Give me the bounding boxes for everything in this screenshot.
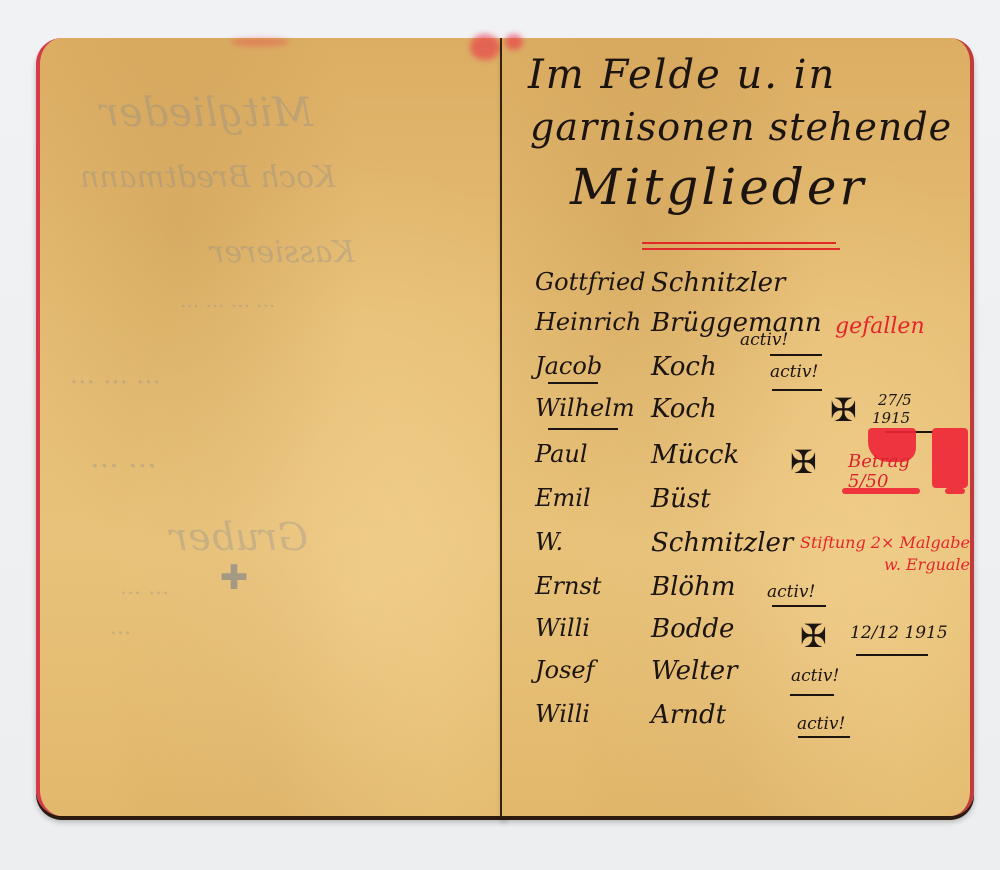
member-status-note: activ! [740, 330, 788, 350]
left-page [36, 38, 506, 816]
bleed-through-text: Gruber [170, 515, 308, 559]
underline [548, 428, 618, 430]
member-last-name: Bodde [651, 614, 734, 644]
member-last-name: Schmitzler [651, 528, 793, 558]
member-first-name: Jacob [535, 352, 602, 380]
underline [548, 382, 598, 384]
title-underline [642, 242, 836, 244]
bleed-through-text: ... ... ... [70, 360, 161, 390]
underline [772, 605, 826, 607]
member-first-name: Paul [535, 440, 588, 468]
member-last-name: Arndt [651, 700, 726, 730]
underline [798, 736, 850, 738]
member-status-note: activ! [791, 666, 839, 686]
iron-cross-icon: ✠ [790, 446, 817, 478]
member-first-name: Willi [535, 614, 590, 642]
bleed-through-text: Koch Bredtmann [80, 160, 336, 195]
underline [790, 694, 834, 696]
member-first-name: Wilhelm [535, 394, 635, 422]
member-last-name: Mücck [651, 440, 739, 470]
member-red-note: gefallen [835, 314, 925, 339]
bleed-through-text: Kassierer [210, 235, 355, 270]
member-first-name: W. [535, 528, 563, 556]
iron-cross-icon: ✠ [800, 620, 827, 652]
member-row: Emil Büst [535, 484, 965, 524]
red-stain [230, 38, 290, 46]
heading-title: Mitglieder [570, 158, 866, 216]
notebook-spread: Mitglieder Koch Bredtmann Kassierer ... … [0, 0, 1000, 870]
member-first-name: Josef [535, 656, 594, 684]
member-first-name: Ernst [535, 572, 601, 600]
underline [772, 389, 822, 391]
member-row: Gottfried Schnitzler [535, 268, 965, 308]
bleed-through-text: Mitglieder [100, 90, 313, 136]
title-underline [642, 248, 840, 250]
member-status-note: activ! [797, 714, 845, 734]
cross-icon: ✚ [216, 560, 252, 596]
death-date: 12/12 1915 [850, 625, 948, 641]
member-last-name: Brüggemann [651, 308, 822, 338]
member-last-name: Schnitzler [651, 268, 785, 298]
bleed-through-text: ... [110, 615, 131, 640]
red-stain [470, 34, 500, 60]
member-last-name: Welter [651, 656, 738, 686]
bleed-through-text: ... ... [120, 575, 169, 600]
member-status-note: activ! [767, 582, 815, 602]
member-last-name: Koch [651, 394, 717, 424]
member-row: Josef Welter activ! [535, 656, 965, 696]
heading-line-2: garnisonen stehende [530, 105, 952, 149]
member-first-name: Willi [535, 700, 590, 728]
bleed-through-text: ... ... [90, 440, 157, 475]
member-first-name: Heinrich [535, 308, 641, 336]
member-first-name: Emil [535, 484, 591, 512]
member-last-name: Blöhm [651, 572, 735, 602]
member-row: Heinrich Brüggemann activ! gefallen [535, 308, 965, 348]
member-last-name: Koch [651, 352, 717, 382]
iron-cross-icon: ✠ [830, 394, 857, 426]
member-status-note: activ! [770, 362, 818, 382]
member-first-name: Gottfried [535, 268, 646, 296]
member-last-name: Büst [651, 484, 711, 514]
red-stain [505, 34, 523, 50]
member-row: Willi Arndt activ! [535, 700, 965, 740]
death-year: 1915 [872, 410, 910, 426]
bleed-through-text: ... ... ... ... [180, 288, 275, 312]
heading-line-1: Im Felde u. in [528, 52, 836, 98]
member-red-note: Stiftung 2× Malgabe w. Erguale [800, 532, 970, 576]
member-row: Ernst Blöhm activ! [535, 572, 965, 612]
death-date: 27/5 [878, 392, 912, 408]
member-row: Jacob Koch activ! [535, 352, 965, 392]
